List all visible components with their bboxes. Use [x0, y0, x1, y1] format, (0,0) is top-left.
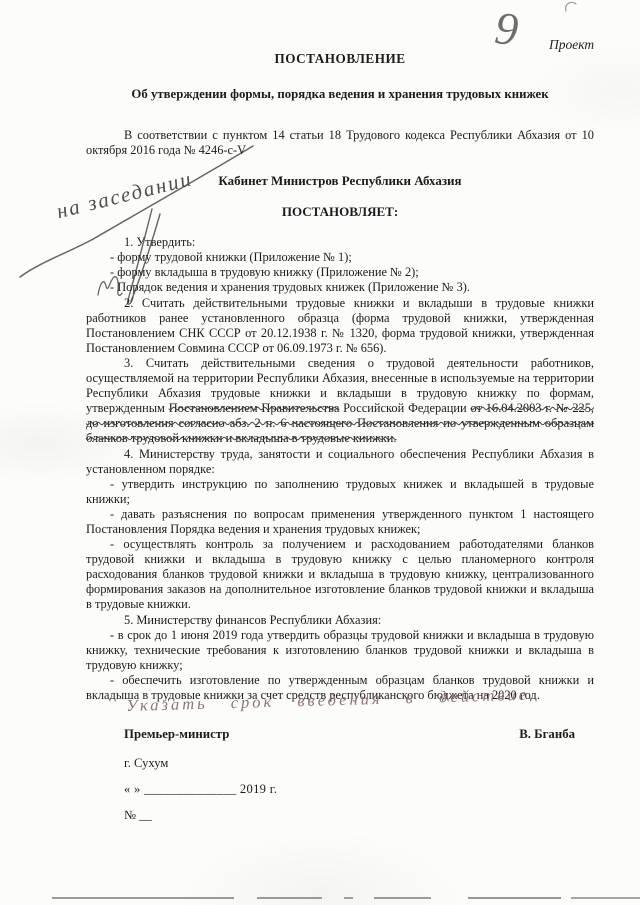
text-segment: - форму трудовой книжки (Приложение № 1)… — [110, 250, 352, 264]
signature-row: Премьер-министр В. Бганба — [86, 727, 594, 742]
document-title: ПОСТАНОВЛЕНИЕ — [86, 51, 594, 67]
text-segment: - Порядок ведения и хранения трудовых кн… — [110, 280, 470, 294]
text-segment: - осуществлять контроль за получением и … — [86, 537, 594, 611]
scanned-document-page: 9 Проект на заседании ПОСТАНОВЛЕНИЕ Об у… — [0, 0, 640, 905]
text-segment: Российской Федерации — [339, 401, 470, 415]
text-segment: В соответствии с пунктом 14 статьи 18 Тр… — [86, 128, 594, 157]
paragraph: 3. Считать действительными сведения о тр… — [86, 356, 594, 447]
text-segment: 2. Считать действительными трудовые книж… — [86, 296, 594, 355]
document-content: ПОСТАНОВЛЕНИЕ Об утверждении формы, поря… — [86, 51, 594, 703]
paragraph: - осуществлять контроль за получением и … — [86, 537, 594, 612]
paragraph: 1. Утвердить: — [86, 235, 594, 250]
paragraph: - форму трудовой книжки (Приложение № 1)… — [86, 250, 594, 265]
text-segment: - утвердить инструкцию по заполнению тру… — [86, 477, 594, 506]
number-line: № __ — [124, 808, 152, 823]
document-body: В соответствии с пунктом 14 статьи 18 Тр… — [86, 128, 594, 703]
text-segment: - форму вкладыша в трудовую книжку (Прил… — [110, 265, 419, 279]
handwritten-page-number: 9 — [492, 1, 520, 56]
paragraph: - Порядок ведения и хранения трудовых кн… — [86, 280, 594, 295]
signer-name: В. Бганба — [519, 727, 594, 742]
document-subtitle: Об утверждении формы, порядка ведения и … — [86, 87, 594, 102]
text-segment: 4. Министерству труда, занятости и социа… — [86, 447, 594, 476]
text-segment: Кабинет Министров Республики Абхазия — [218, 173, 461, 188]
paragraph: - обеспечить изготовление по утвержденны… — [86, 673, 594, 703]
city-line: г. Сухум — [124, 756, 168, 771]
text-segment: 1. Утвердить: — [124, 235, 195, 249]
top-edge-mark — [566, 2, 576, 11]
paragraph: Кабинет Министров Республики Абхазия — [86, 173, 594, 189]
paragraph: ПОСТАНОВЛЯЕТ: — [86, 204, 594, 220]
text-segment: - давать разъяснения по вопросам примене… — [86, 507, 594, 536]
text-segment: ПОСТАНОВЛЯЕТ: — [282, 204, 398, 219]
paragraph: 2. Считать действительными трудовые книж… — [86, 296, 594, 356]
signer-title: Премьер-министр — [86, 727, 229, 742]
paragraph: В соответствии с пунктом 14 статьи 18 Тр… — [86, 128, 594, 158]
date-line: « » ______________ 2019 г. — [124, 782, 277, 797]
paragraph: 4. Министерству труда, занятости и социа… — [86, 447, 594, 477]
paragraph: - утвердить инструкцию по заполнению тру… — [86, 477, 594, 507]
paragraph: - давать разъяснения по вопросам примене… — [86, 507, 594, 537]
text-segment: 5. Министерству финансов Республики Абха… — [124, 613, 381, 627]
scan-edge-artifact — [0, 897, 640, 899]
text-segment: - обеспечить изготовление по утвержденны… — [86, 673, 594, 702]
text-segment: - в срок до 1 июня 2019 года утвердить о… — [86, 628, 594, 672]
paragraph: - в срок до 1 июня 2019 года утвердить о… — [86, 628, 594, 673]
paragraph: - форму вкладыша в трудовую книжку (Прил… — [86, 265, 594, 280]
struck-text-segment: Постановлением Правительства — [169, 401, 340, 415]
paragraph: 5. Министерству финансов Республики Абха… — [86, 613, 594, 628]
